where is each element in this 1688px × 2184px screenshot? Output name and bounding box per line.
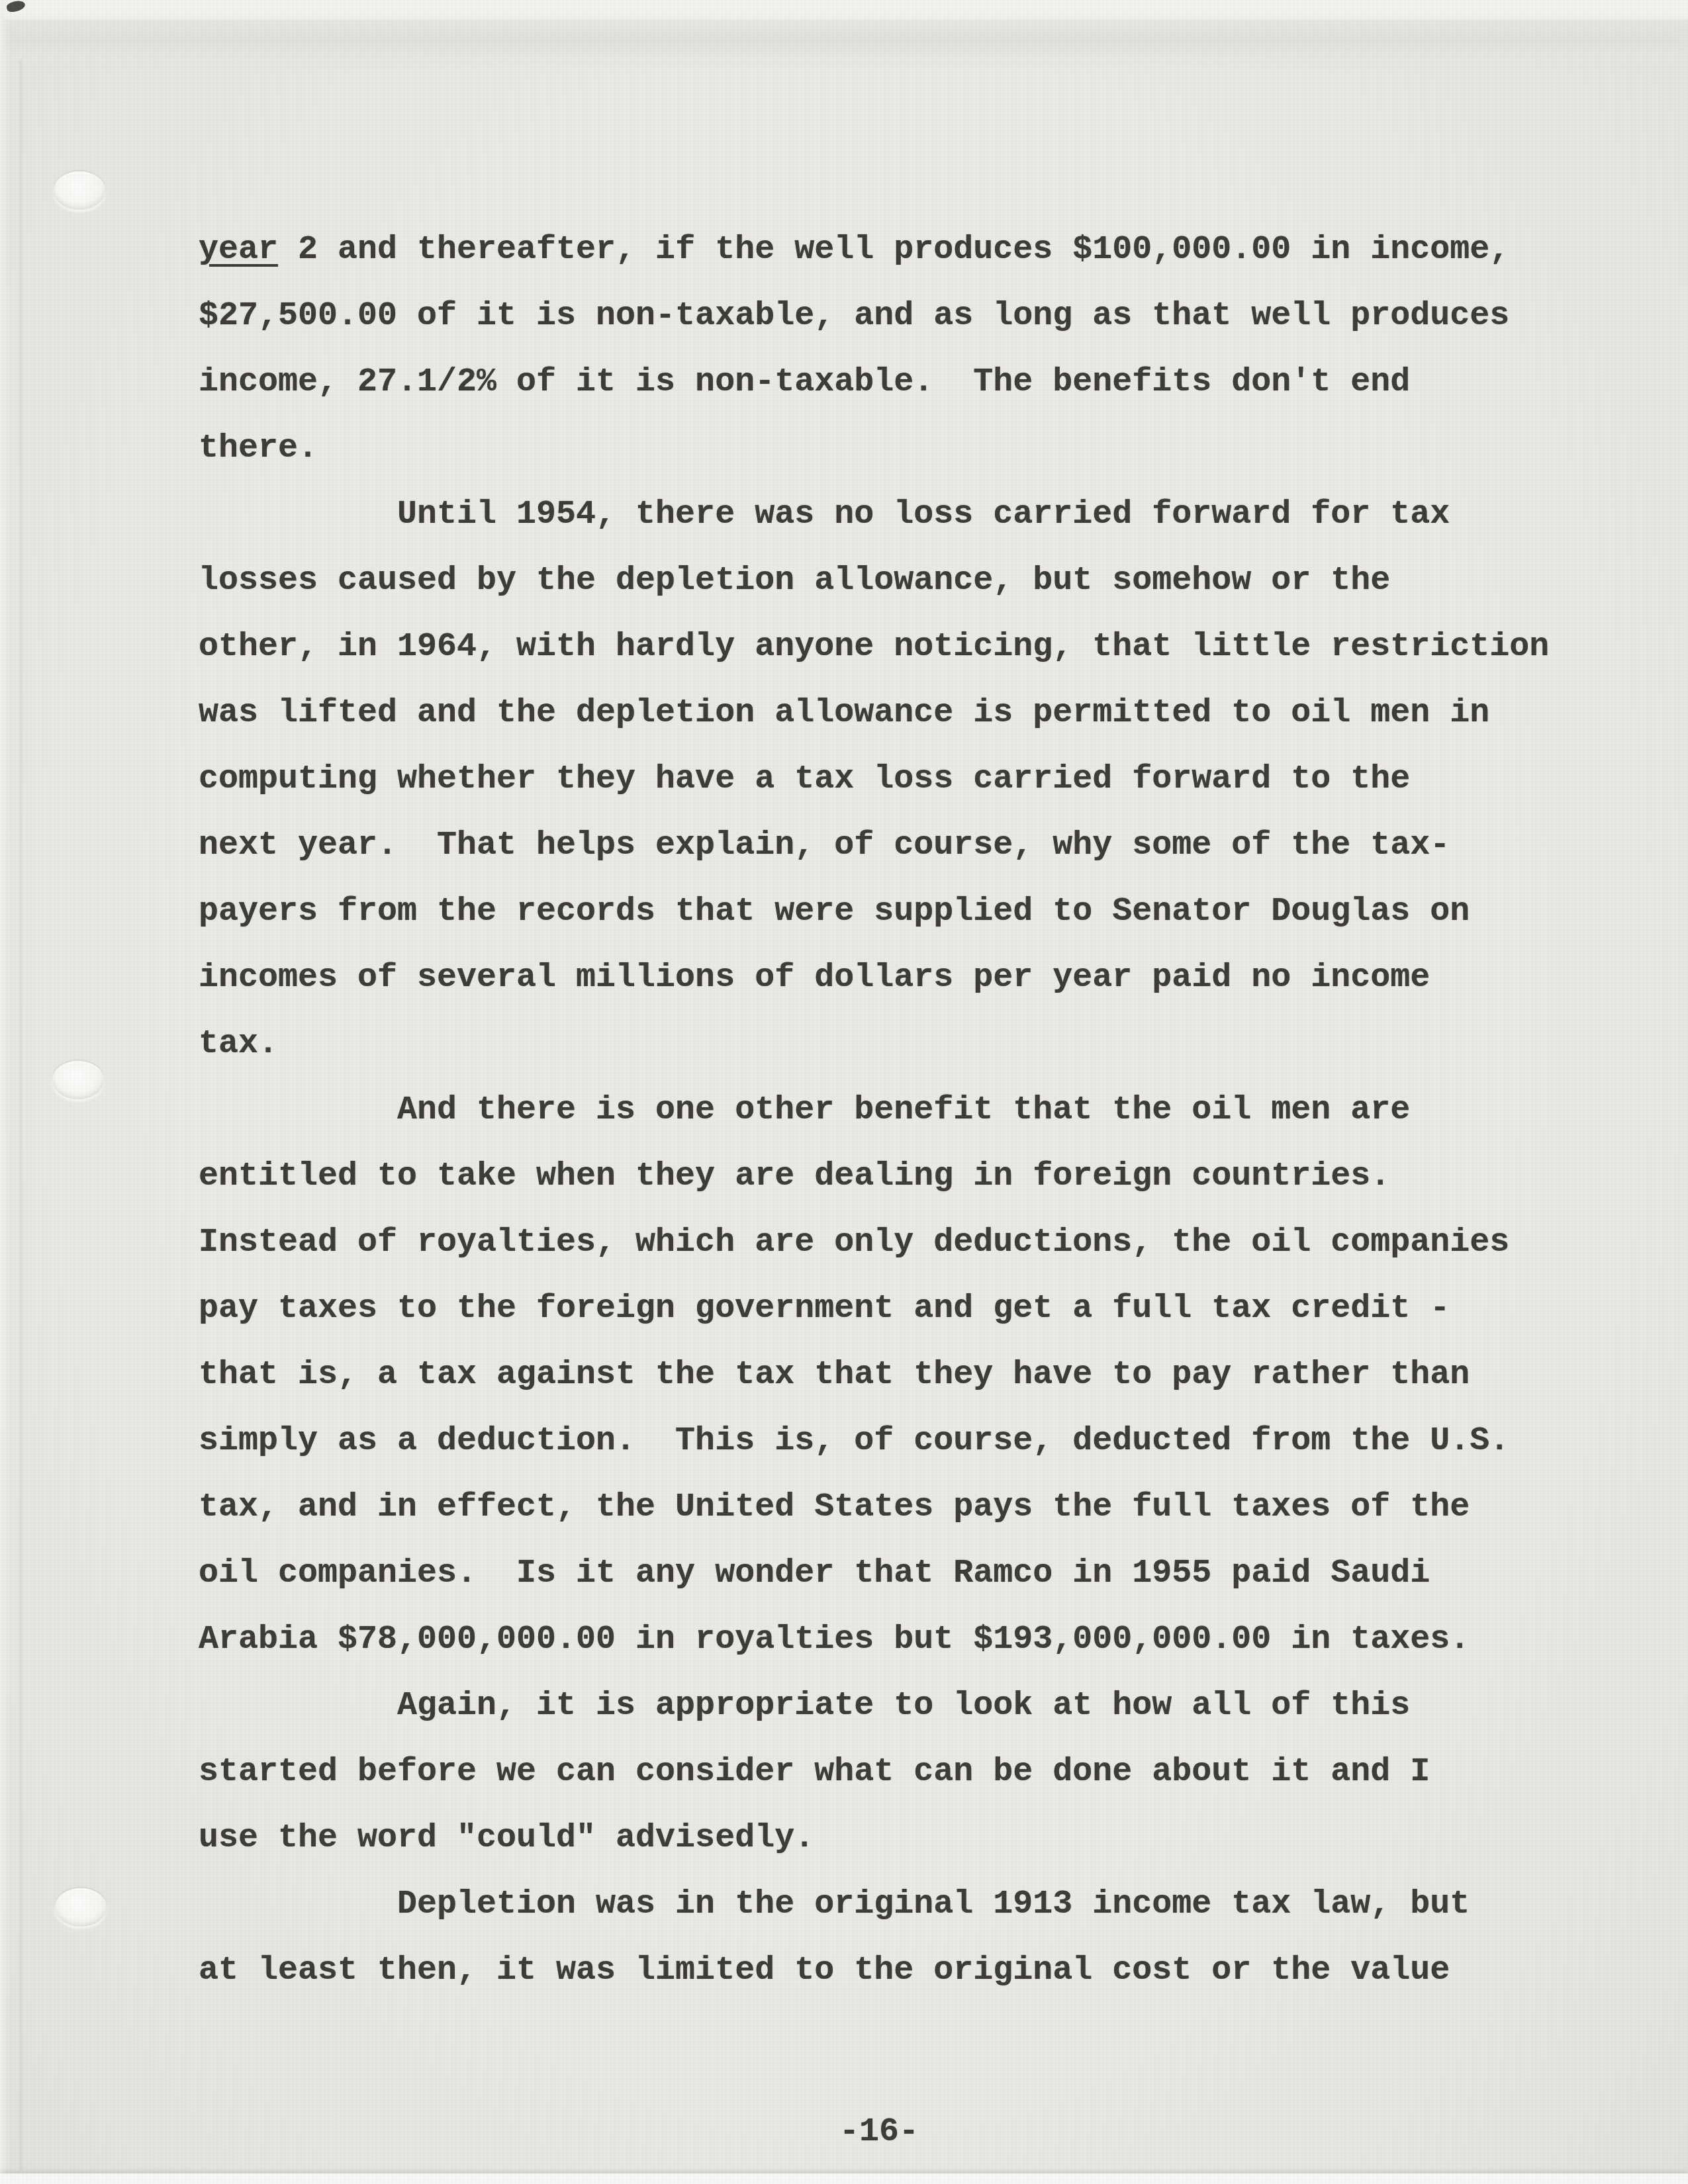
text-line: simply as a deduction. This is, of cours…: [199, 1408, 1549, 1475]
scan-edge-bottom: [0, 2173, 1688, 2184]
scan-shadow-band: [0, 21, 1688, 61]
text-line: at least then, it was limited to the ori…: [199, 1938, 1549, 2004]
text-line: losses caused by the depletion allowance…: [199, 548, 1549, 614]
text-line: other, in 1964, with hardly anyone notic…: [199, 614, 1549, 680]
text-line: that is, a tax against the tax that they…: [199, 1342, 1549, 1408]
text-line: income, 27.1/2% of it is non-taxable. Th…: [199, 349, 1549, 416]
text-line: started before we can consider what can …: [199, 1739, 1549, 1805]
text-line: Again, it is appropriate to look at how …: [199, 1673, 1549, 1739]
text-line: pay taxes to the foreign government and …: [199, 1276, 1549, 1342]
text-line: oil companies. Is it any wonder that Ram…: [199, 1541, 1549, 1607]
page-number: -16-: [839, 2099, 919, 2165]
document-text: year 2 and thereafter, if the well produ…: [199, 217, 1549, 2004]
text-line: Arabia $78,000,000.00 in royalties but $…: [199, 1607, 1549, 1673]
text-line: Until 1954, there was no loss carried fo…: [199, 482, 1549, 548]
text-line: tax, and in effect, the United States pa…: [199, 1475, 1549, 1541]
text-line: And there is one other benefit that the …: [199, 1077, 1549, 1144]
text-line: next year. That helps explain, of course…: [199, 813, 1549, 879]
text-line: payers from the records that were suppli…: [199, 879, 1549, 945]
text-line: computing whether they have a tax loss c…: [199, 747, 1549, 813]
punch-hole-middle: [52, 1061, 104, 1099]
paper-crease: [20, 60, 22, 2171]
text-line: Instead of royalties, which are only ded…: [199, 1210, 1549, 1276]
text-line: Depletion was in the original 1913 incom…: [199, 1872, 1549, 1938]
text-line: entitled to take when they are dealing i…: [199, 1144, 1549, 1210]
text-line: was lifted and the depletion allowance i…: [199, 680, 1549, 747]
punch-hole-bottom: [55, 1888, 107, 1927]
underlined-word: year: [199, 231, 278, 269]
document-page: year 2 and thereafter, if the well produ…: [0, 0, 1688, 2184]
scan-edge-left: [0, 0, 9, 2184]
text-line: use the word "could" advisedly.: [199, 1805, 1549, 1872]
punch-hole-top: [54, 171, 105, 210]
text-line: there.: [199, 416, 1549, 482]
scan-edge-top: [0, 0, 1688, 20]
text-line: incomes of several millions of dollars p…: [199, 945, 1549, 1011]
text-line: $27,500.00 of it is non-taxable, and as …: [199, 283, 1549, 349]
text-line: tax.: [199, 1011, 1549, 1077]
text-line: year 2 and thereafter, if the well produ…: [199, 217, 1549, 283]
